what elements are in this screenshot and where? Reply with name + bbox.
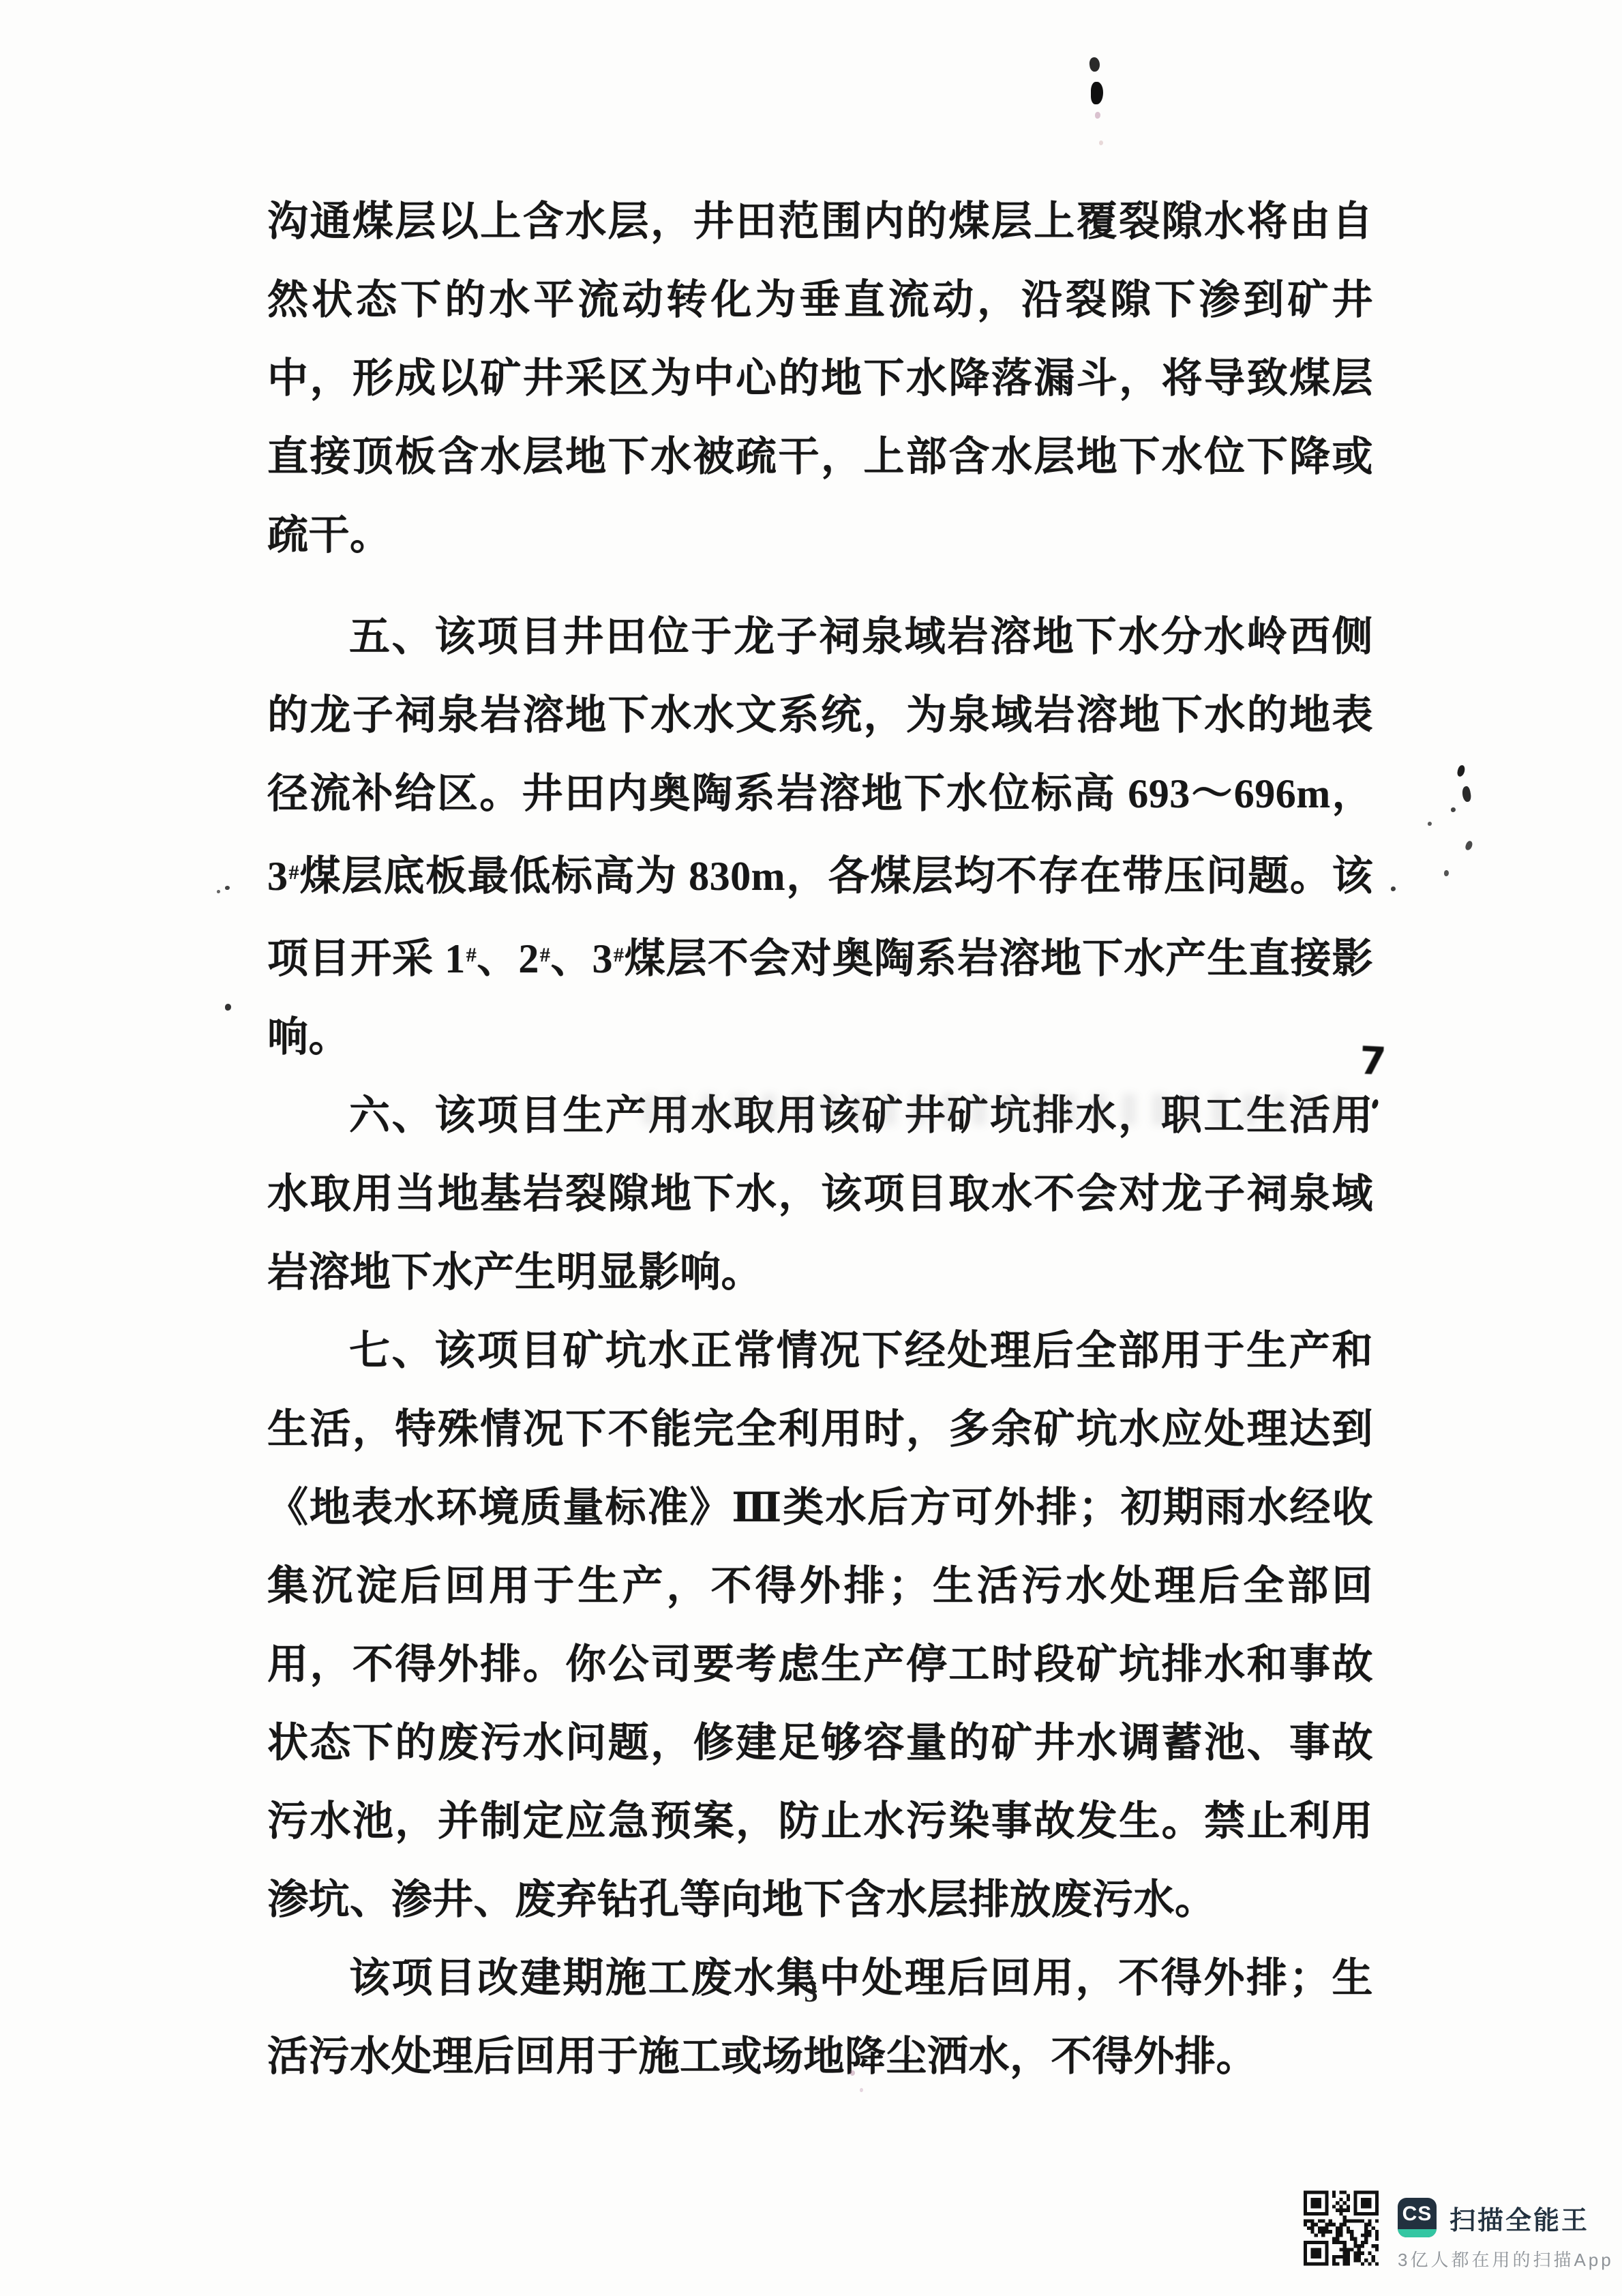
ink-speck [1465,840,1473,851]
paragraph: 五、该项目井田位于龙子祠泉域岩溶地下水分水岭西侧的龙子祠泉岩溶地下水水文系统，为… [267,598,1373,1077]
ink-speck [225,886,230,890]
document-text-block: 沟通煤层以上含水层，井田范围内的煤层上覆裂隙水将由自然状态下的水平流动转化为垂直… [267,183,1373,2096]
ink-speck [1091,82,1103,104]
watermark-text-group: CS 扫描全能王 3亿人都在用的扫描App [1398,2190,1614,2271]
ink-speck [1461,786,1472,803]
paragraph: 七、该项目矿坑水正常情况下经处理后全部用于生产和生活，特殊情况下不能完全利用时，… [267,1312,1373,1939]
paragraph: 沟通煤层以上含水层，井田范围内的煤层上覆裂隙水将由自然状态下的水平流动转化为垂直… [267,183,1373,575]
app-name-label: 扫描全能王 [1450,2199,1589,2237]
bleed-through-smudge [642,1094,1358,1125]
ink-speck [1391,886,1396,891]
paragraph: 该项目改建期施工废水集中处理后回用，不得外排；生活污水处理后回用于施工或场地降尘… [267,1939,1373,2096]
cs-initials: CS [1398,2198,1437,2230]
qr-code-icon [1304,2190,1379,2267]
camscanner-watermark: CS 扫描全能王 3亿人都在用的扫描App [1304,2190,1614,2271]
scanned-document-page: 沟通煤层以上含水层，井田范围内的煤层上覆裂隙水将由自然状态下的水平流动转化为垂直… [0,0,1622,2296]
app-tagline-label: 3亿人都在用的扫描App [1398,2246,1614,2271]
ink-speck [1428,822,1432,826]
ink-speck [1089,57,1101,72]
camscanner-app-icon: CS [1398,2198,1437,2237]
ink-speck [1099,140,1103,145]
ink-speck [1095,112,1100,119]
ink-blot-glyph: 7 [1358,1039,1387,1084]
ink-speck [1451,807,1456,812]
ink-speck [225,1004,231,1011]
app-icon-teal-strip [1398,2229,1437,2237]
ink-speck [1444,870,1449,876]
ink-speck [1456,764,1466,777]
ink-speck [217,890,220,893]
page-number: 3 [0,1976,1622,2008]
